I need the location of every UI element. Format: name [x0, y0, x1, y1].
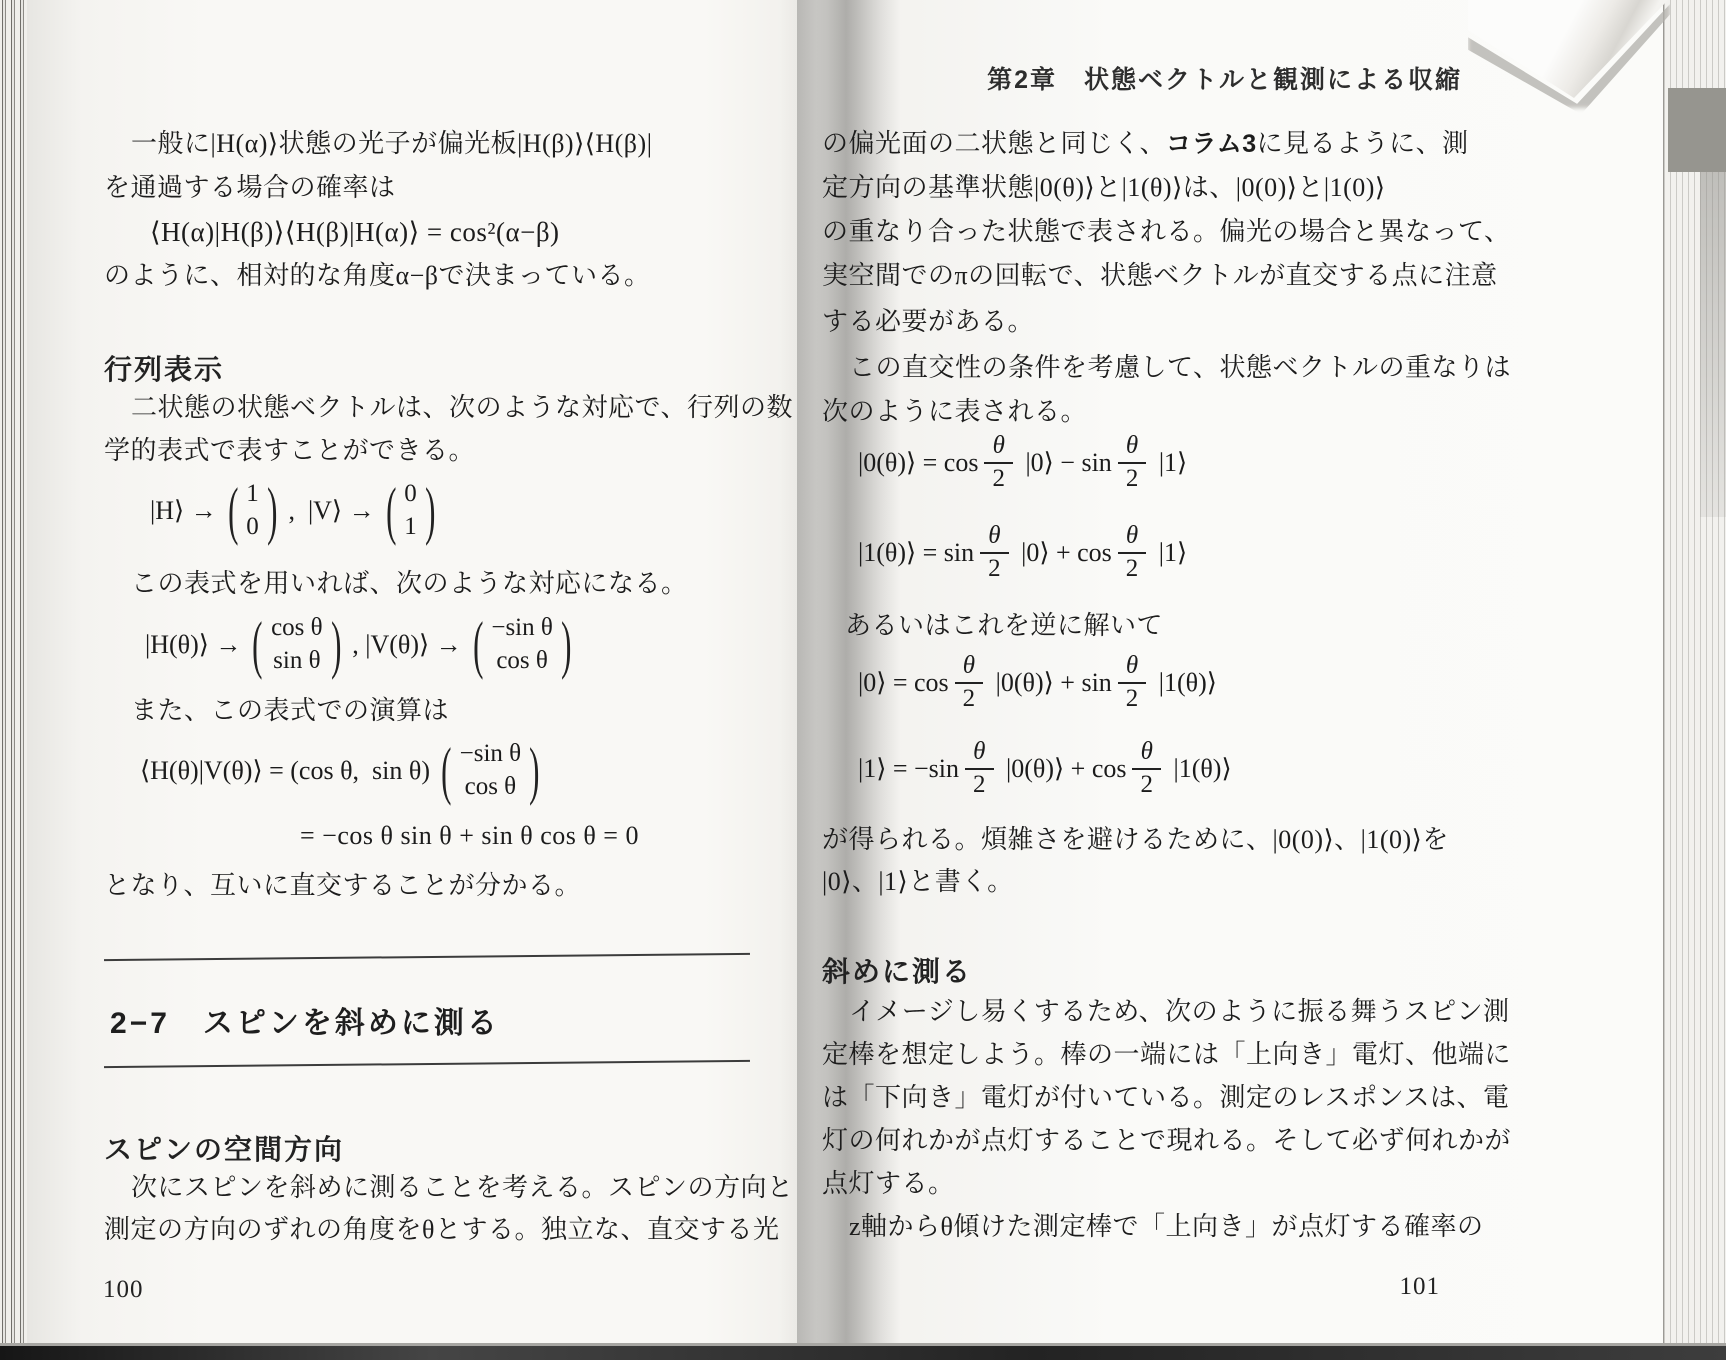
- paren-left: (: [228, 478, 238, 543]
- bookmark-tab: [1668, 88, 1726, 172]
- fraction-numerator: θ: [991, 432, 1007, 462]
- formula-rotated-basis: |H(θ)⟩ → (cos θsin θ) , |V(θ)⟩ → (−sin θ…: [145, 612, 583, 677]
- fraction-denominator: 2: [984, 462, 1013, 494]
- subsection-heading-matrix: 行列表示: [104, 348, 224, 388]
- paren-right: ): [529, 738, 539, 803]
- formula-token: |H(θ)⟩ →: [145, 630, 241, 660]
- fraction-numerator: θ: [986, 522, 1002, 552]
- text-line: 二状態の状態ベクトルは、次のような対応で、行列の数: [104, 392, 793, 423]
- text-line: この表式を用いれば、次のような対応になる。: [104, 568, 688, 599]
- formula-token: |0(θ)⟩ + cos: [1000, 754, 1127, 784]
- formula-ket1-inverse: |1⟩ = −sin θ2 |0(θ)⟩ + cos θ2 |1(θ)⟩: [858, 738, 1232, 800]
- formula-token: ⟨H(θ)|V(θ)⟩ = (cos θ, sin θ): [140, 756, 430, 786]
- subsection-heading-measure-oblique: 斜めに測る: [822, 950, 972, 990]
- text-line: の偏光面の二状態と同じく、コラム3に見るように、測: [822, 128, 1469, 159]
- fraction-denominator: 2: [1118, 462, 1147, 494]
- fraction: θ2: [1132, 738, 1161, 800]
- formula-basis-vectors: |H⟩ → (10) , |V⟩ → (01): [150, 478, 446, 543]
- fraction-denominator: 2: [1118, 682, 1147, 714]
- fraction: θ2: [1118, 652, 1147, 714]
- formula-token: |0(θ)⟩ = cos: [858, 448, 978, 478]
- text-line: 定方向の基準状態|0(θ)⟩と|1(θ)⟩は、|0(0)⟩と|1(0)⟩: [822, 172, 1386, 203]
- fraction-numerator: θ: [1124, 652, 1140, 682]
- vector-entry: cos θ: [465, 771, 517, 804]
- formula-token: |V⟩ →: [295, 496, 375, 526]
- text-line: あるいはこれを逆に解いて: [845, 610, 1163, 641]
- formula-ket0-inverse: |0⟩ = cos θ2 |0(θ)⟩ + sin θ2 |1(θ)⟩: [858, 652, 1217, 714]
- formula-ket0-theta: |0(θ)⟩ = cos θ2 |0⟩ − sin θ2 |1⟩: [858, 432, 1187, 494]
- text-line: z軸からθ傾けた測定棒で「上向き」が点灯する確率の: [822, 1211, 1484, 1242]
- column-ref-bold: コラム3: [1166, 130, 1257, 158]
- paren-right: ): [331, 612, 341, 677]
- formula-ket1-theta: |1(θ)⟩ = sin θ2 |0⟩ + cos θ2 |1⟩: [858, 522, 1187, 584]
- formula-token: |1⟩: [1152, 538, 1187, 568]
- fraction-denominator: 2: [955, 682, 984, 714]
- formula-token: |0⟩ + cos: [1015, 538, 1112, 568]
- formula-token: |1⟩: [1152, 448, 1187, 478]
- text-line: イメージし易くするため、次のように振る舞うスピン測: [822, 996, 1510, 1027]
- formula-token: |1(θ)⟩: [1152, 668, 1217, 698]
- text-line: 点灯する。: [822, 1168, 955, 1199]
- text-line: のように、相対的な角度α−βで決まっている。: [104, 260, 651, 291]
- vector-entry: 0: [246, 511, 259, 544]
- formula-token: |1(θ)⟩: [1167, 754, 1232, 784]
- text-line: 実空間でのπの回転で、状態ベクトルが直交する点に注意: [822, 260, 1498, 291]
- bottom-edge: [0, 1343, 1726, 1360]
- vector-entry: 1: [404, 511, 417, 544]
- vector-entry: 1: [246, 478, 259, 511]
- page-edge-lines-left: [0, 0, 27, 1360]
- text-line: を通過する場合の確率は: [104, 172, 396, 203]
- formula-token: |1(θ)⟩ = sin: [858, 538, 974, 568]
- text-line: が得られる。煩雑さを避けるために、|0(0)⟩、|1(0)⟩を: [822, 824, 1449, 855]
- fraction-denominator: 2: [1118, 552, 1147, 584]
- formula-token: |H⟩ →: [150, 496, 217, 526]
- formula-token: |0⟩ − sin: [1019, 448, 1112, 478]
- text-line: の重なり合った状態で表される。偏光の場合と異なって、: [822, 216, 1510, 247]
- text-line: また、この表式での演算は: [104, 695, 449, 726]
- text-line: 次にスピンを斜めに測ることを考える。スピンの方向と: [104, 1172, 794, 1203]
- vector-entry: sin θ: [273, 645, 320, 678]
- fraction-denominator: 2: [965, 768, 994, 800]
- fraction-numerator: θ: [1139, 738, 1155, 768]
- text-line: この直交性の条件を考慮して、状態ベクトルの重なりは: [822, 352, 1511, 383]
- text-line: 一般に|H(α)⟩状態の光子が偏光板|H(β)⟩⟨H(β)|: [104, 128, 652, 159]
- text-line: |0⟩、|1⟩と書く。: [822, 866, 1014, 897]
- column-vector: (−sin θcos θ): [436, 738, 545, 803]
- fraction-denominator: 2: [980, 552, 1009, 584]
- text-line: は「下向き」電灯が付いている。測定のレスポンスは、電: [822, 1082, 1509, 1113]
- paren-right: ): [425, 478, 435, 543]
- book-spread: 一般に|H(α)⟩状態の光子が偏光板|H(β)⟩⟨H(β)| を通過する場合の確…: [0, 0, 1726, 1360]
- fraction: θ2: [965, 738, 994, 800]
- vector-entry: cos θ: [271, 612, 323, 645]
- fraction: θ2: [955, 652, 984, 714]
- column-vector: (cos θsin θ): [247, 612, 346, 677]
- formula-token: |1⟩ = −sin: [858, 754, 959, 784]
- formula-token: |V(θ)⟩ →: [359, 630, 462, 660]
- chapter-header: 第2章 状態ベクトルと観測による収縮: [822, 60, 1462, 96]
- column-vector: (10): [223, 478, 283, 543]
- text-segment: に見るように、測: [1257, 129, 1469, 158]
- fraction-numerator: θ: [1124, 432, 1140, 462]
- vector-entry: cos θ: [496, 645, 548, 678]
- fraction-numerator: θ: [961, 652, 977, 682]
- paren-left: (: [441, 738, 451, 803]
- paren-left: (: [386, 478, 396, 543]
- fraction-numerator: θ: [971, 738, 987, 768]
- formula-token: |0(θ)⟩ + sin: [989, 668, 1112, 698]
- fraction: θ2: [1118, 432, 1147, 494]
- vector-entry: −sin θ: [460, 738, 522, 771]
- fraction: θ2: [984, 432, 1013, 494]
- page-number-right: 101: [1260, 1273, 1440, 1301]
- subsection-heading-spin-direction: スピンの空間方向: [104, 1128, 344, 1168]
- vector-entry: −sin θ: [491, 612, 553, 645]
- fraction-denominator: 2: [1132, 768, 1161, 800]
- text-line: 学的表式で表すことができる。: [104, 435, 475, 466]
- paren-left: (: [253, 612, 263, 677]
- page-number-left: 100: [103, 1276, 144, 1304]
- fraction-numerator: θ: [1124, 522, 1140, 552]
- text-segment: の偏光面の二状態と同じく、: [822, 129, 1166, 158]
- formula-result-line: = −cos θ sin θ + sin θ cos θ = 0: [300, 820, 639, 851]
- formula-inner-product: ⟨H(θ)|V(θ)⟩ = (cos θ, sin θ) (−sin θcos …: [140, 738, 551, 803]
- fraction: θ2: [980, 522, 1009, 584]
- column-vector: (01): [381, 478, 441, 543]
- paren-right: ): [561, 612, 571, 677]
- formula-token: |0⟩ = cos: [858, 668, 949, 698]
- vector-entry: 0: [404, 478, 417, 511]
- text-line: となり、互いに直交することが分かる。: [104, 870, 581, 901]
- paren-left: (: [473, 612, 483, 677]
- formula-projection: ⟨H(α)|H(β)⟩⟨H(β)|H(α)⟩ = cos²(α−β): [150, 216, 560, 248]
- text-line: 次のように表される。: [822, 396, 1087, 427]
- fraction: θ2: [1118, 522, 1147, 584]
- section-heading-2-7: 2−7 スピンを斜めに測る: [110, 998, 500, 1042]
- text-line: 定棒を想定しよう。棒の一端には「上向き」電灯、他端に: [822, 1039, 1511, 1070]
- text-line: 測定の方向のずれの角度をθとする。独立な、直交する光: [104, 1214, 779, 1245]
- text-line: する必要がある。: [822, 306, 1034, 337]
- column-vector: (−sin θcos θ): [468, 612, 577, 677]
- fore-edge-shade: [1700, 172, 1726, 517]
- paren-right: ): [267, 478, 277, 543]
- text-line: 灯の何れかが点灯することで現れる。そして必ず何れかが: [822, 1125, 1511, 1156]
